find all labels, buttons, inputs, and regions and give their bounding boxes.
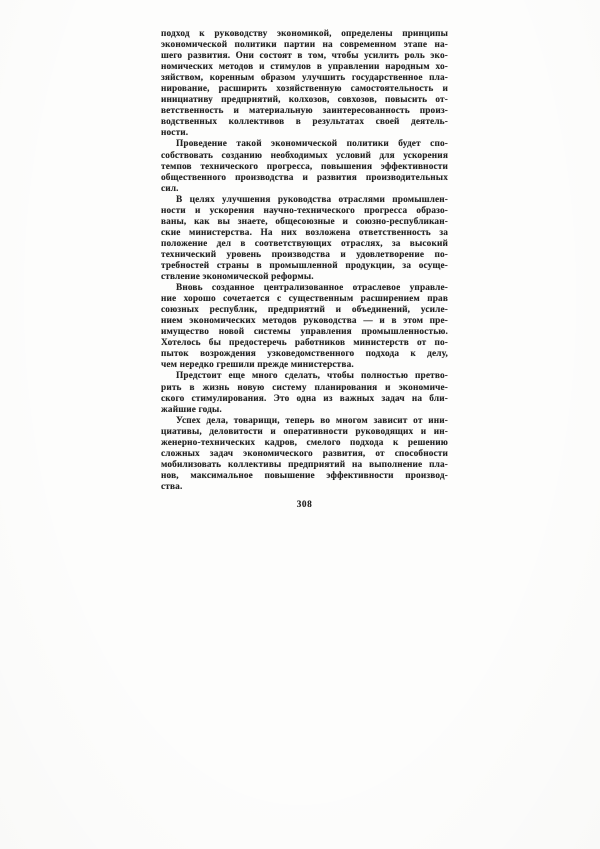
text-line: собствовать созданию необходимых условий… xyxy=(161,151,448,162)
text-line: шего развития. Они состоят в том, чтобы … xyxy=(161,51,448,62)
text-line: женерно-технических кадров, смелого подх… xyxy=(161,438,448,449)
book-page: подход к руководству экономикой, определ… xyxy=(0,0,600,849)
paragraph: Вновь созданное централизованное отрасле… xyxy=(161,283,448,371)
text-line: темпов технического прогресса, повышения… xyxy=(161,162,448,173)
text-line: пыток возрождения узковедомственного под… xyxy=(161,349,448,360)
text-line: ского стимулирования. Это одна из важных… xyxy=(161,394,448,405)
text-line: ние хорошо сочетается с существенным рас… xyxy=(161,294,448,305)
paragraph: Проведение такой экономической политики … xyxy=(161,139,448,194)
text-line: ские министерства. На них возложена отве… xyxy=(161,228,448,239)
text-line: рить в жизнь новую систему планирования … xyxy=(161,383,448,394)
text-line: союзных республик, предприятий и объедин… xyxy=(161,305,448,316)
paragraph: Успех дела, товарищи, теперь во многом з… xyxy=(161,416,448,493)
paragraph: В целях улучшения руководства отраслями … xyxy=(161,195,448,283)
text-line: циативы, деловитости и оперативности рук… xyxy=(161,427,448,438)
text-line: технический уровень производства и удовл… xyxy=(161,250,448,261)
text-line: водственных коллективов в результатах св… xyxy=(161,117,448,128)
text-line: нирование, расширить хозяйственную самос… xyxy=(161,84,448,95)
text-line: имущество новой системы управления промы… xyxy=(161,327,448,338)
paragraph: подход к руководству экономикой, определ… xyxy=(161,29,448,139)
text-line: ства. xyxy=(161,482,448,493)
text-line: положение дел в соответствующих отраслях… xyxy=(161,239,448,250)
text-line: сложных задач экономического развития, о… xyxy=(161,449,448,460)
text-line: номических методов и стимулов в управлен… xyxy=(161,62,448,73)
page-number: 308 xyxy=(161,500,448,510)
text-line: Вновь созданное централизованное отрасле… xyxy=(161,283,448,294)
text-line: Хотелось бы предостеречь работников мини… xyxy=(161,338,448,349)
text-line: ствление экономической реформы. xyxy=(161,272,448,283)
text-line: экономической политики партии на совреме… xyxy=(161,40,448,51)
text-line: Успех дела, товарищи, теперь во многом з… xyxy=(161,416,448,427)
text-line: нов, максимальное повышение эффективност… xyxy=(161,471,448,482)
text-line: ности и ускорения научно-технического пр… xyxy=(161,206,448,217)
text-line: подход к руководству экономикой, определ… xyxy=(161,29,448,40)
text-line: ветственность и материальную заинтересов… xyxy=(161,106,448,117)
text-line: Предстоит еще много сделать, чтобы полно… xyxy=(161,371,448,382)
text-line: Проведение такой экономической политики … xyxy=(161,139,448,150)
text-line: чем нередко грешили прежде министерства. xyxy=(161,360,448,371)
text-line: ваны, как вы знаете, общесоюзные и союзн… xyxy=(161,217,448,228)
text-line: инициативу предприятий, колхозов, совхоз… xyxy=(161,95,448,106)
text-line: В целях улучшения руководства отраслями … xyxy=(161,195,448,206)
text-line: нием экономических методов руководства —… xyxy=(161,316,448,327)
page-text-block: подход к руководству экономикой, определ… xyxy=(161,29,448,493)
text-line: общественного производства и развития пр… xyxy=(161,173,448,184)
text-line: мобилизовать коллективы предприятий на в… xyxy=(161,460,448,471)
text-line: требностей страны в промышленной продукц… xyxy=(161,261,448,272)
paragraph: Предстоит еще много сделать, чтобы полно… xyxy=(161,371,448,415)
text-line: сил. xyxy=(161,184,448,195)
text-line: жайшие годы. xyxy=(161,405,448,416)
text-line: ности. xyxy=(161,128,448,139)
text-line: зяйством, коренным образом улучшить госу… xyxy=(161,73,448,84)
